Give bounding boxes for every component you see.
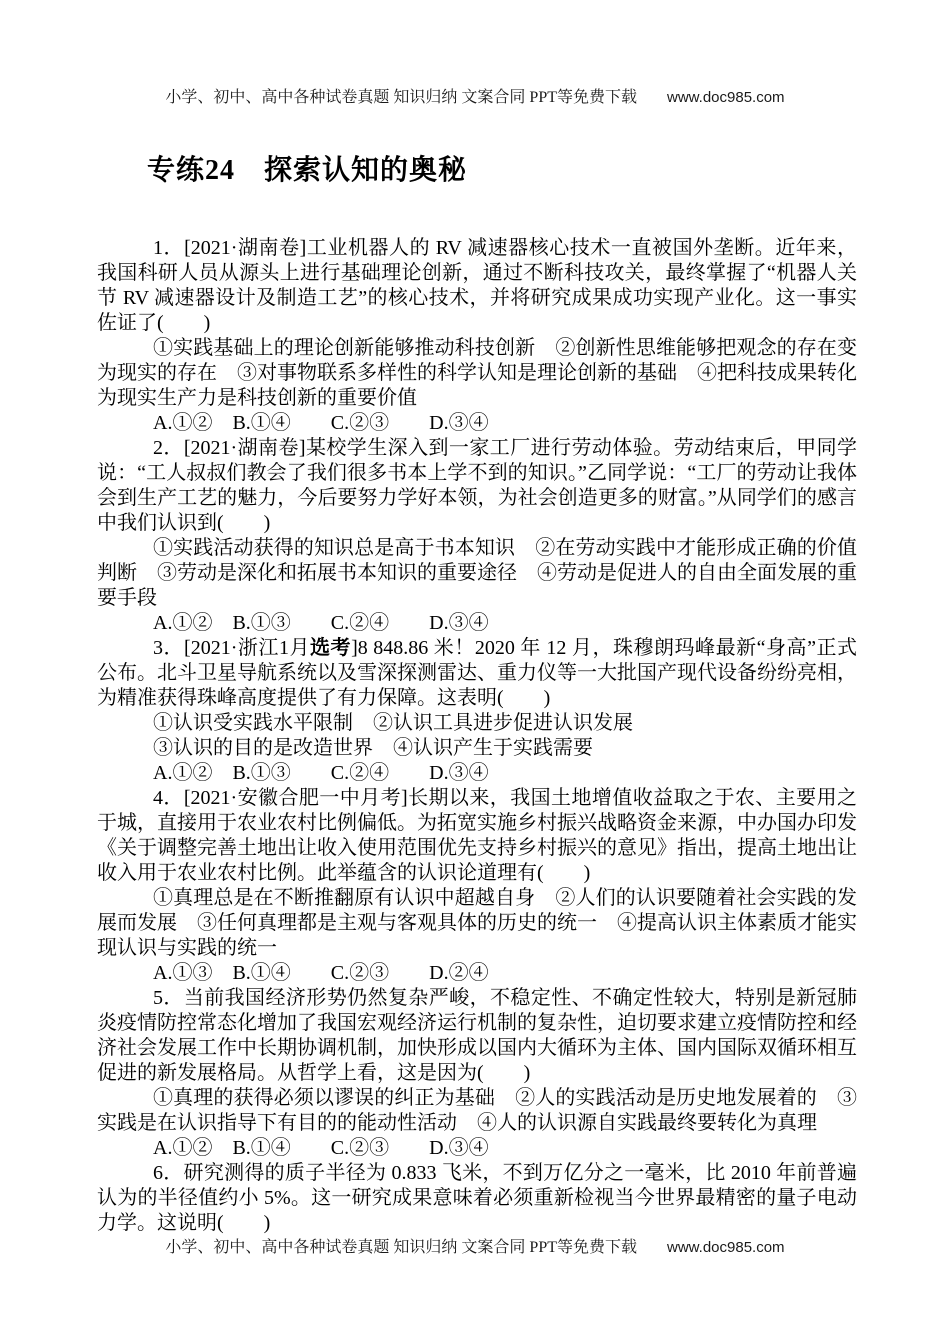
page-title: 专练24 探索认知的奥秘 xyxy=(97,148,467,188)
answer-choices: A.①③ B.①④ C.②③ D.②④ xyxy=(97,961,857,986)
question-3: 3．[2021·浙江1月选考]8 848.86 米！2020 年 12 月，珠穆… xyxy=(97,636,857,786)
answer-choices: A.①② B.①④ C.②③ D.③④ xyxy=(97,1136,857,1161)
answer-choices: A.①② B.①③ C.②④ D.③④ xyxy=(97,611,857,636)
answer-choices: A.①② B.①④ C.②③ D.③④ xyxy=(97,411,857,436)
question-5: 5．当前我国经济形势仍然复杂严峻，不稳定性、不确定性较大，特别是新冠肺炎疫情防控… xyxy=(97,986,857,1161)
header-text: 小学、初中、高中各种试卷真题 知识归纳 文案合同 PPT等免费下载 xyxy=(165,89,637,106)
footer-text: 小学、初中、高中各种试卷真题 知识归纳 文案合同 PPT等免费下载 xyxy=(165,1239,637,1256)
question-list: 1．[2021·湖南卷]工业机器人的 RV 减速器核心技术一直被国外垄断。近年来… xyxy=(97,236,857,1236)
question-1: 1．[2021·湖南卷]工业机器人的 RV 减速器核心技术一直被国外垄断。近年来… xyxy=(97,236,857,436)
question-4: 4．[2021·安徽合肥一中月考]长期以来，我国土地增值收益取之于农、主要用之于… xyxy=(97,786,857,986)
header-url: www.doc985.com xyxy=(667,89,785,106)
stem-text: 3．[2021·浙江1月 xyxy=(153,637,310,659)
page-header: 小学、初中、高中各种试卷真题 知识归纳 文案合同 PPT等免费下载www.doc… xyxy=(0,88,950,108)
question-options: ①实践基础上的理论创新能够推动科技创新 ②创新性思维能够把观念的存在变为现实的存… xyxy=(97,336,857,411)
question-stem: 2．[2021·湖南卷]某校学生深入到一家工厂进行劳动体验。劳动结束后，甲同学说… xyxy=(97,436,857,536)
question-stem: 4．[2021·安徽合肥一中月考]长期以来，我国土地增值收益取之于农、主要用之于… xyxy=(97,786,857,886)
document-page: 小学、初中、高中各种试卷真题 知识归纳 文案合同 PPT等免费下载www.doc… xyxy=(0,0,950,1344)
question-6: 6．研究测得的质子半径为 0.833 飞米，不到万亿分之一毫米，比 2010 年… xyxy=(97,1161,857,1236)
question-options: ①真理总是在不断推翻原有认识中超越自身 ②人们的认识要随着社会实践的发展而发展 … xyxy=(97,886,857,961)
footer-url: www.doc985.com xyxy=(667,1239,785,1256)
question-options: ①认识受实践水平限制 ②认识工具进步促进认识发展 xyxy=(97,711,857,736)
question-stem: 1．[2021·湖南卷]工业机器人的 RV 减速器核心技术一直被国外垄断。近年来… xyxy=(97,236,857,336)
stem-bold-text: 选考 xyxy=(310,637,351,659)
question-stem: 3．[2021·浙江1月选考]8 848.86 米！2020 年 12 月，珠穆… xyxy=(97,636,857,711)
question-options: ③认识的目的是改造世界 ④认识产生于实践需要 xyxy=(97,736,857,761)
answer-choices: A.①② B.①③ C.②④ D.③④ xyxy=(97,761,857,786)
question-options: ①实践活动获得的知识总是高于书本知识 ②在劳动实践中才能形成正确的价值判断 ③劳… xyxy=(97,536,857,611)
question-stem: 6．研究测得的质子半径为 0.833 飞米，不到万亿分之一毫米，比 2010 年… xyxy=(97,1161,857,1236)
question-2: 2．[2021·湖南卷]某校学生深入到一家工厂进行劳动体验。劳动结束后，甲同学说… xyxy=(97,436,857,636)
question-stem: 5．当前我国经济形势仍然复杂严峻，不稳定性、不确定性较大，特别是新冠肺炎疫情防控… xyxy=(97,986,857,1086)
question-options: ①真理的获得必须以谬误的纠正为基础 ②人的实践活动是历史地发展着的 ③实践是在认… xyxy=(97,1086,857,1136)
page-footer: 小学、初中、高中各种试卷真题 知识归纳 文案合同 PPT等免费下载www.doc… xyxy=(0,1238,950,1258)
